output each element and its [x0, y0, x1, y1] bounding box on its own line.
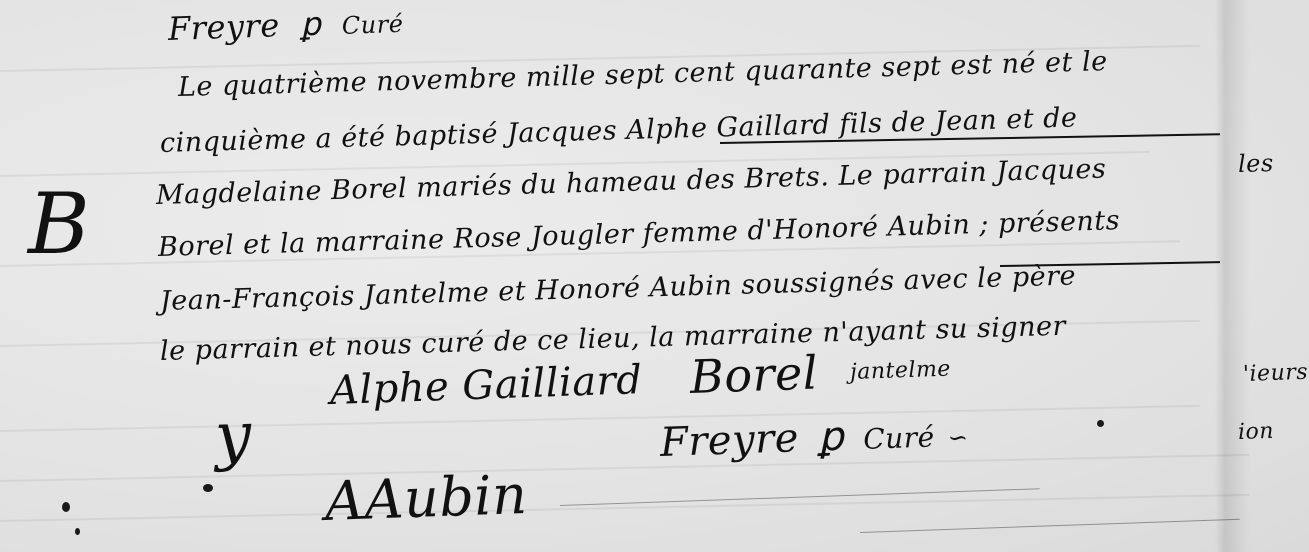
body-line-3-end: les [1238, 149, 1274, 178]
bleed-through-line [0, 405, 1200, 432]
signature-borel: Borel [689, 346, 819, 404]
margin-letter-b: B [28, 175, 90, 273]
bleed-through-line [0, 454, 1250, 482]
register-page: Freyre ꝑ Curé B Le quatrième novembre mi… [0, 0, 1309, 552]
father-mark: y [214, 399, 253, 474]
signature-freyre: Freyre [659, 415, 799, 466]
body-line-5: Jean-François Jantelme et Honoré Aubin s… [160, 260, 1077, 317]
ink-blot [75, 528, 80, 535]
flourish-icon: ∽ [947, 423, 969, 452]
faint-rule [860, 519, 1240, 533]
signature-freyre: Freyre [167, 6, 280, 48]
signature-alphe-gailliard: Alphe Gailliard [329, 357, 643, 414]
body-line-4: Borel et la marraine Rose Jougler femme … [158, 205, 1121, 263]
signature-jantelme: jantelme [850, 356, 952, 385]
signature-title: Curé [863, 420, 936, 455]
signature-aubin-name: Aubin [363, 463, 528, 532]
signature-title: Curé [341, 10, 403, 40]
signature-mark-icon: ꝑ [300, 5, 322, 44]
signature-cure-freyre: Freyre ꝑ Curé ∽ [659, 409, 969, 466]
signature-aubin-initial: A [324, 469, 366, 533]
signature-mark-icon: ꝑ [817, 414, 844, 461]
margin-right-fragment-1: 'ieurs [1243, 360, 1309, 387]
ink-blot [62, 502, 70, 512]
margin-right-fragment-2: ion [1238, 419, 1275, 445]
ink-blot [203, 484, 213, 492]
bleed-through-line [0, 494, 1250, 522]
ink-blot [1097, 420, 1104, 427]
signature-aubin: AAubin [324, 463, 528, 533]
body-line-2: cinquième a été baptisé Jacques Alphe Ga… [160, 102, 1078, 159]
previous-entry-signature: Freyre ꝑ Curé [167, 2, 404, 48]
body-line-1: Le quatrième novembre mille sept cent qu… [178, 46, 1108, 103]
